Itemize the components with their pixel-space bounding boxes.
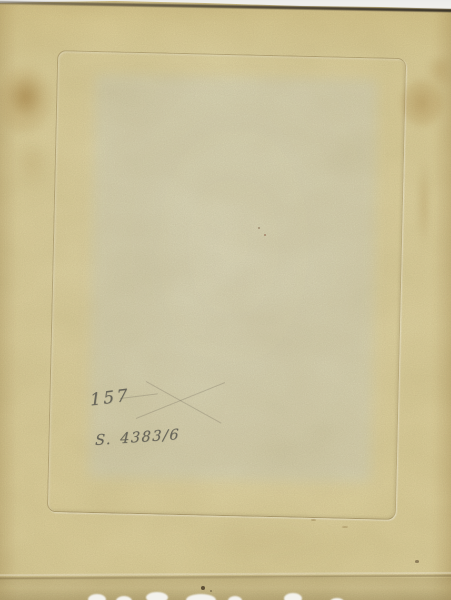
torn-edge-gap xyxy=(228,596,242,600)
dirt-speck xyxy=(342,526,348,528)
dirt-speck xyxy=(311,519,316,521)
stain-right-drip xyxy=(406,138,442,284)
stain-left-faded xyxy=(2,128,62,208)
photo-verso-paper: 157 S. 4383/6 xyxy=(0,0,451,600)
torn-edge-gap xyxy=(146,592,168,600)
scanned-photo-verso: 157 S. 4383/6 xyxy=(0,0,451,600)
dirt-speck xyxy=(210,590,212,592)
dirt-speck xyxy=(264,234,266,236)
dirt-speck xyxy=(415,560,419,563)
torn-edge-gap xyxy=(88,594,106,600)
plate-mark-impression xyxy=(47,50,406,520)
dirt-speck xyxy=(201,586,205,590)
stain-top-right xyxy=(384,58,451,150)
bottom-fold-band xyxy=(0,578,451,600)
torn-edge-gap xyxy=(284,593,302,600)
torn-edge-gap xyxy=(116,596,132,600)
torn-edge-gap xyxy=(186,594,216,600)
stain-bottom-soft xyxy=(150,505,370,575)
dirt-speck xyxy=(258,227,260,229)
